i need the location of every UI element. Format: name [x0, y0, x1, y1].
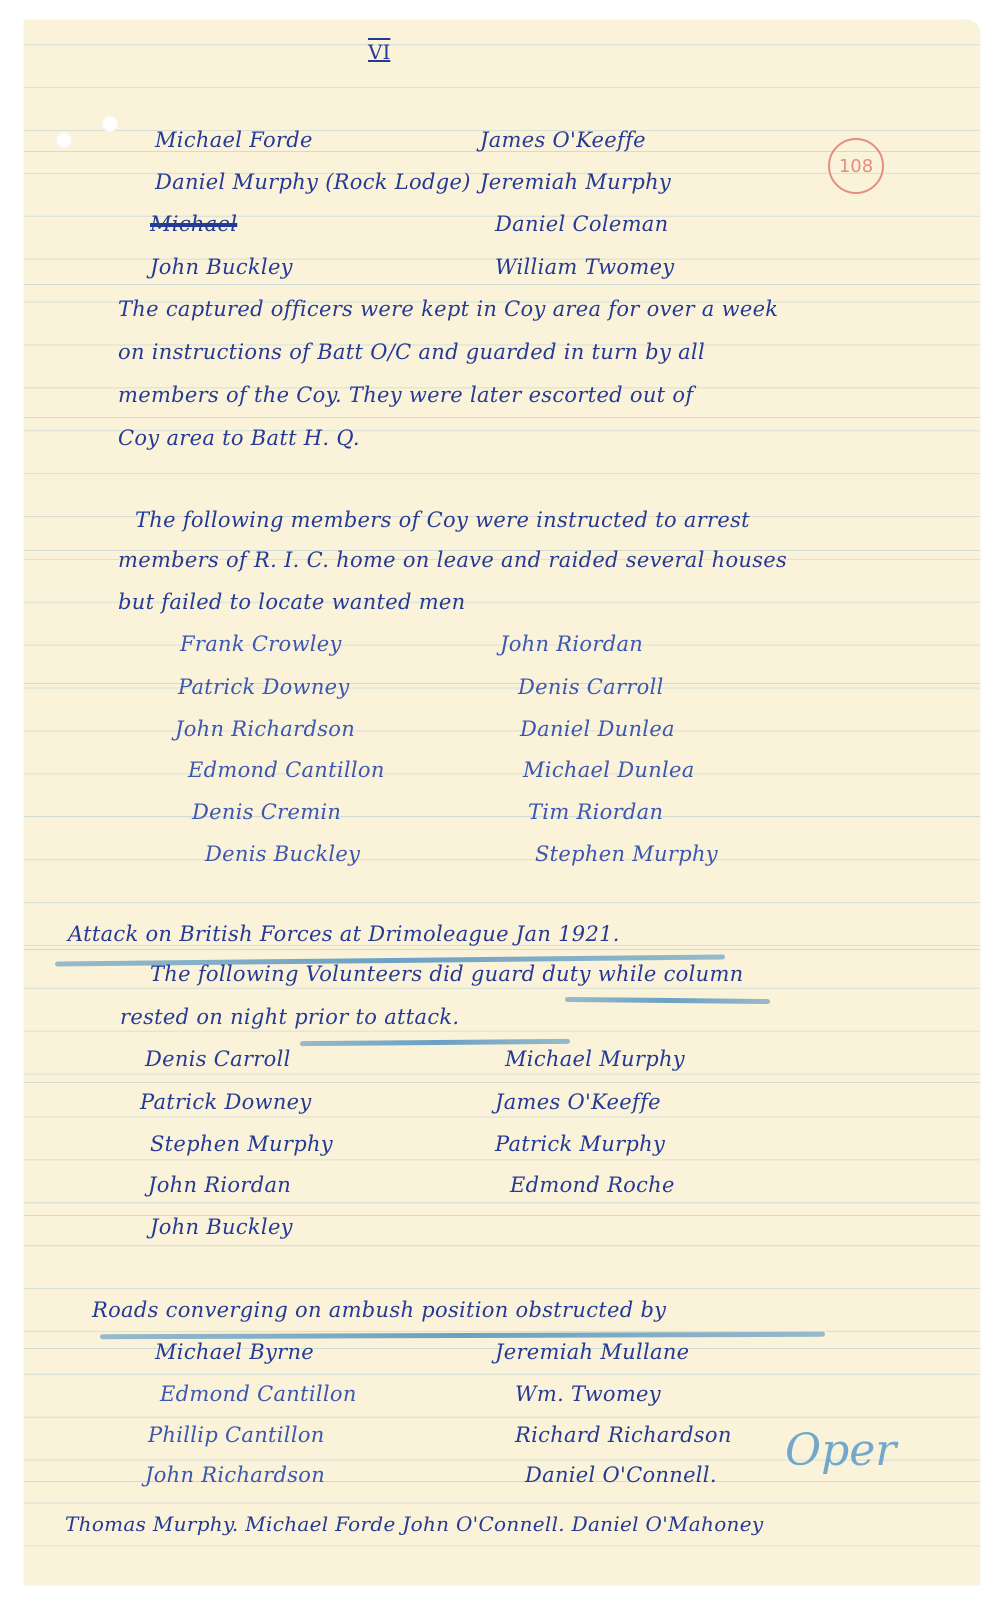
- paragraph-line: members of R. I. C. home on leave and ra…: [118, 548, 787, 572]
- list-item: Patrick Downey: [178, 675, 350, 699]
- list-item: Michael Forde: [155, 128, 313, 152]
- list-item: John Riordan: [148, 1173, 291, 1197]
- paragraph-line: The following Volunteers did guard duty …: [150, 962, 743, 986]
- list-item: Daniel Dunlea: [520, 717, 675, 741]
- paragraph-line: The following members of Coy were instru…: [135, 508, 750, 532]
- list-item: Daniel O'Connell.: [525, 1463, 717, 1487]
- paragraph-line: but failed to locate wanted men: [118, 590, 465, 614]
- list-item: Daniel Murphy (Rock Lodge): [155, 170, 471, 194]
- list-item: James O'Keeffe: [495, 1090, 661, 1114]
- paragraph-line: The captured officers were kept in Coy a…: [118, 297, 778, 321]
- section-heading: Attack on British Forces at Drimoleague …: [68, 922, 620, 946]
- list-item: John Richardson: [175, 717, 355, 741]
- list-item: Frank Crowley: [180, 632, 342, 656]
- list-item: Richard Richardson: [515, 1423, 732, 1447]
- list-item: Stephen Murphy: [150, 1132, 333, 1156]
- punch-hole: [102, 116, 118, 132]
- list-item: Michael Byrne: [155, 1340, 314, 1364]
- list-item: Denis Cremin: [192, 800, 341, 824]
- list-item: Jeremiah Mullane: [495, 1340, 689, 1364]
- list-item: John Richardson: [145, 1463, 325, 1487]
- paragraph-line: on instructions of Batt O/C and guarded …: [118, 340, 705, 364]
- list-item: Daniel Coleman: [495, 212, 668, 236]
- list-item: Patrick Downey: [140, 1090, 312, 1114]
- margin-annotation: Oper: [785, 1425, 896, 1476]
- list-item: Michael Dunlea: [523, 758, 695, 782]
- list-item: Michael Murphy: [505, 1047, 685, 1071]
- list-item: Jeremiah Murphy: [480, 170, 671, 194]
- list-item: Denis Carroll: [145, 1047, 291, 1071]
- list-item: John Riordan: [500, 632, 643, 656]
- list-item: Wm. Twomey: [515, 1382, 661, 1406]
- paragraph-line: members of the Coy. They were later esco…: [118, 383, 693, 407]
- struck-list-item: Michael: [150, 212, 237, 236]
- list-item: Tim Riordan: [528, 800, 663, 824]
- list-item: William Twomey: [495, 255, 674, 279]
- section-heading: Roads converging on ambush position obst…: [92, 1298, 666, 1322]
- list-item: Denis Carroll: [518, 675, 664, 699]
- list-item: Patrick Murphy: [495, 1132, 665, 1156]
- paragraph-line: rested on night prior to attack.: [120, 1005, 459, 1029]
- list-item: Stephen Murphy: [535, 842, 718, 866]
- page-marker: VI: [368, 40, 390, 64]
- list-item: James O'Keeffe: [480, 128, 646, 152]
- list-item: Edmond Cantillon: [188, 758, 385, 782]
- final-names-line: Thomas Murphy. Michael Forde John O'Conn…: [65, 1512, 763, 1536]
- punch-hole: [56, 132, 72, 148]
- list-item: Edmond Cantillon: [160, 1382, 357, 1406]
- list-item: Phillip Cantillon: [148, 1423, 325, 1447]
- folio-number: 108: [839, 156, 873, 177]
- list-item: Edmond Roche: [510, 1173, 675, 1197]
- list-item: Denis Buckley: [205, 842, 360, 866]
- list-item: John Buckley: [150, 1215, 293, 1239]
- paragraph-line: Coy area to Batt H. Q.: [118, 426, 360, 450]
- folio-stamp: 108: [828, 138, 884, 194]
- list-item: John Buckley: [150, 255, 293, 279]
